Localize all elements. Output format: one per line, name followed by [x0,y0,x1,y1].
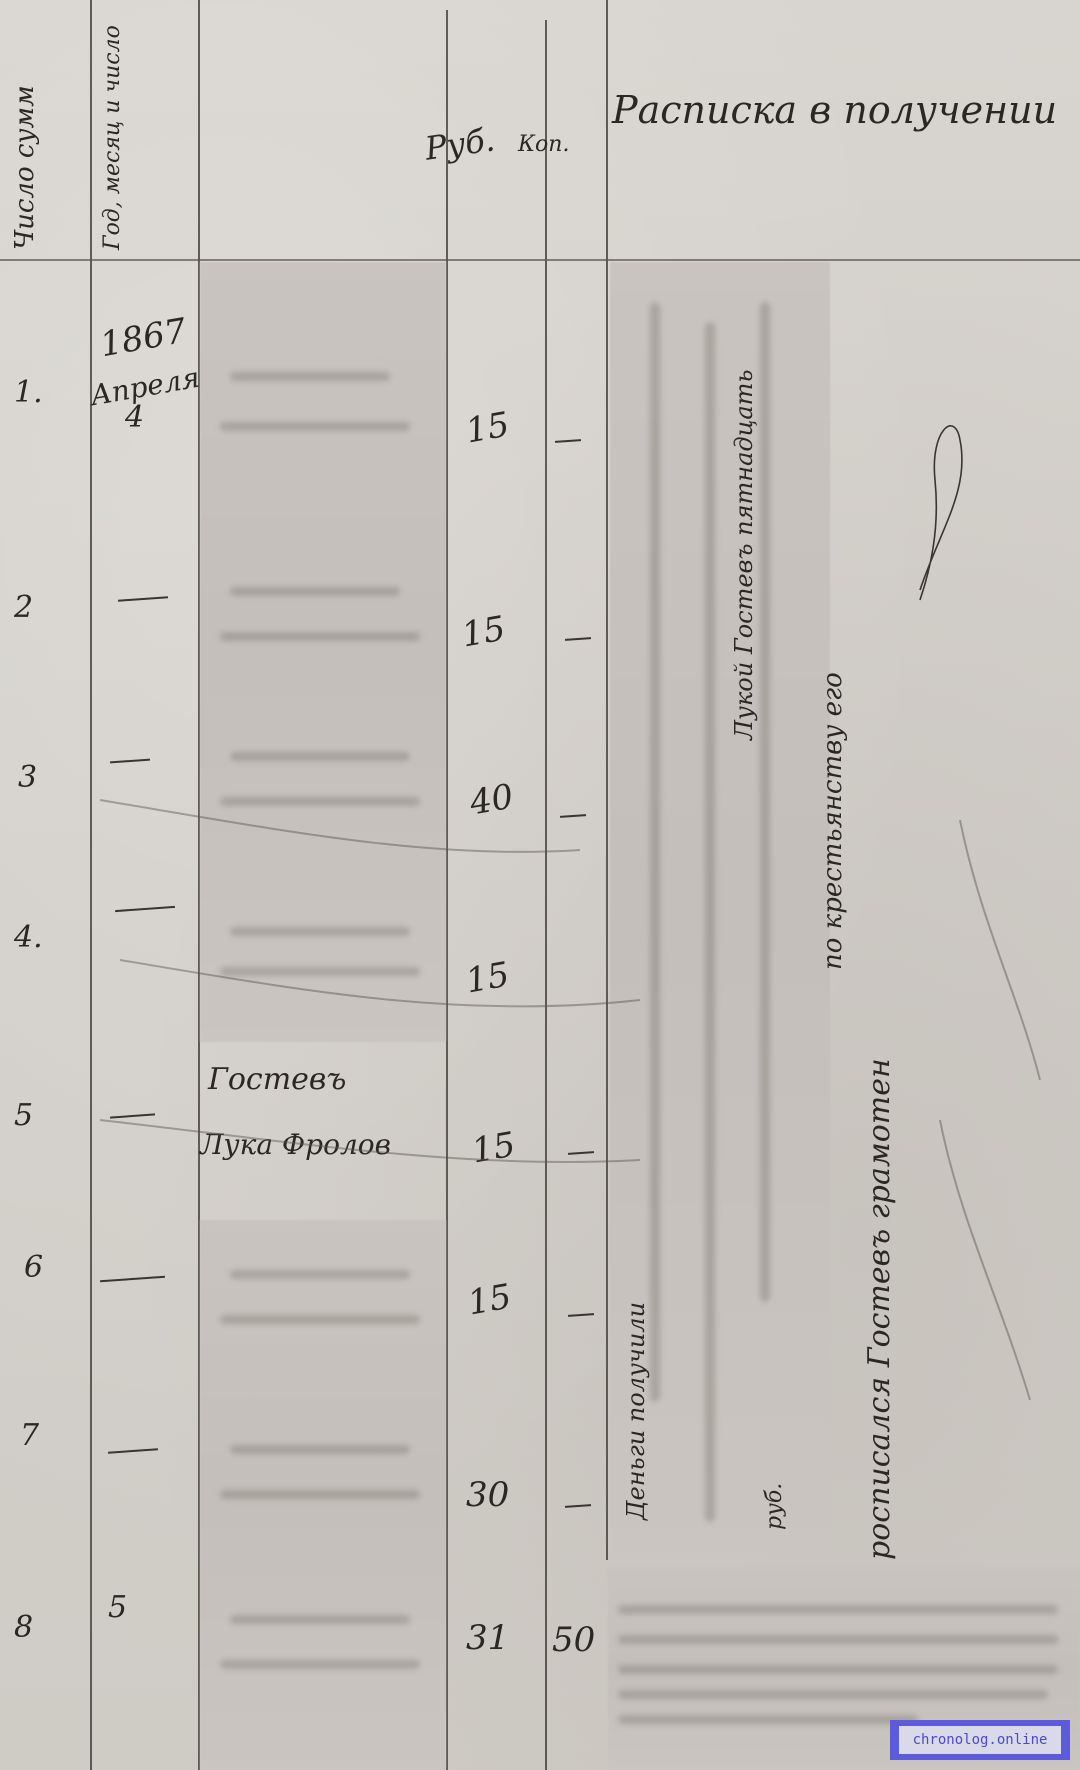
header-rule [0,259,1080,261]
signature-flourish-icon [900,410,980,610]
watermark-text: chronolog.online [899,1726,1061,1754]
row-rub: 15 [463,405,513,452]
row-rub: 31 [466,1618,509,1658]
header-col-receipt: Расписка в получении [612,88,1057,132]
date-year: 1867 [97,311,189,365]
header-col-date: Год, месяц и число [100,0,125,250]
row-kop-dash [565,637,591,640]
row-date-dash [118,596,168,601]
date-month: Апреля [88,361,202,413]
row-rub: 15 [459,609,509,656]
row-date: 4 [125,400,144,435]
row-number: 3 [18,760,37,795]
row-number: 6 [24,1250,43,1285]
row-date: 5 [108,1590,127,1625]
row-number: 7 [20,1418,39,1453]
row-number: 8 [14,1610,33,1645]
row-kop: 50 [552,1620,595,1660]
header-col-kop: Коп. [518,132,569,157]
row-kop-dash [555,439,581,442]
row-number: 2 [14,590,33,625]
watermark-badge: chronolog.online [890,1720,1070,1760]
header-col-number: Число сумм [10,30,40,250]
row-number: 5 [14,1098,33,1133]
row-number: 1. [14,375,43,410]
header-col-rub: Руб. [423,120,497,167]
receipt-note-a: Лукой Гостевъ пятнадцать [730,370,758,740]
ledger-page: Число сумм Год, месяц и число Руб. Коп. … [0,0,1080,1770]
row-kop-dash [565,1504,591,1507]
row-number: 4. [14,920,43,955]
bleed-through-strokes [80,700,1080,1500]
